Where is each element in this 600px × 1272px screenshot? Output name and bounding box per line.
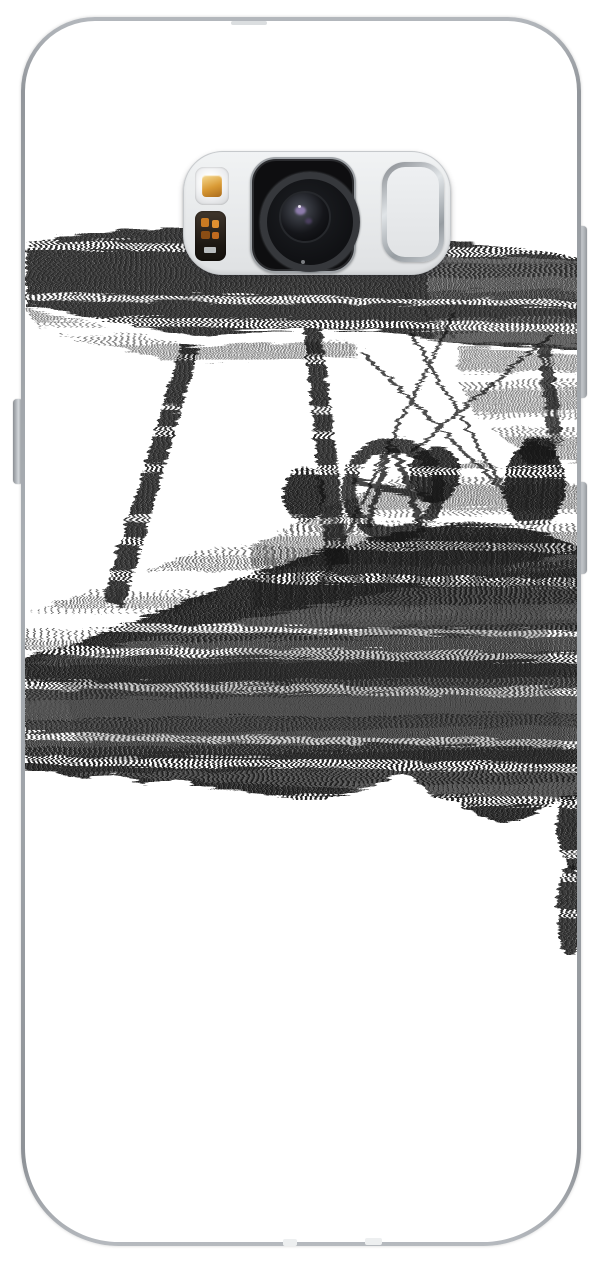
product-photo: vintage biplane with pilot and wheel (0, 0, 600, 1272)
camera-lens-glass (279, 191, 331, 243)
pilot-shape (281, 465, 323, 521)
camera-cutout-plate (183, 151, 451, 275)
sensor-dot (201, 231, 210, 239)
fingerprint-sensor-surface (387, 167, 439, 257)
sensor-dot (212, 220, 219, 228)
sketch-layer (25, 225, 577, 954)
sensor-dot (201, 218, 209, 227)
heart-rate-sensor (195, 211, 226, 261)
flash-amber-lens (202, 175, 222, 197)
lens-glint (305, 218, 312, 224)
sensor-dot (212, 232, 219, 239)
rim-top-patch (231, 21, 267, 25)
camera-mic-dot (301, 260, 305, 264)
cockpit-blob-mid (407, 444, 459, 500)
cockpit-blob-right-cap (518, 436, 554, 464)
flash-led (195, 167, 229, 205)
wheel-fragment (555, 862, 577, 954)
underwing-shade-right (455, 345, 577, 462)
lens-speck (298, 205, 301, 208)
fingerprint-sensor (382, 162, 444, 262)
sensor-chip (204, 247, 216, 253)
camera-lens (250, 157, 356, 273)
bottom-rim-notch (365, 1238, 382, 1245)
camera-lens-ring (260, 172, 360, 272)
case-body: vintage biplane with pilot and wheel (25, 21, 577, 1242)
bottom-rim-notch (283, 1239, 297, 1246)
fuselage-right-extension (554, 790, 577, 868)
case-rim: vintage biplane with pilot and wheel (21, 17, 581, 1246)
